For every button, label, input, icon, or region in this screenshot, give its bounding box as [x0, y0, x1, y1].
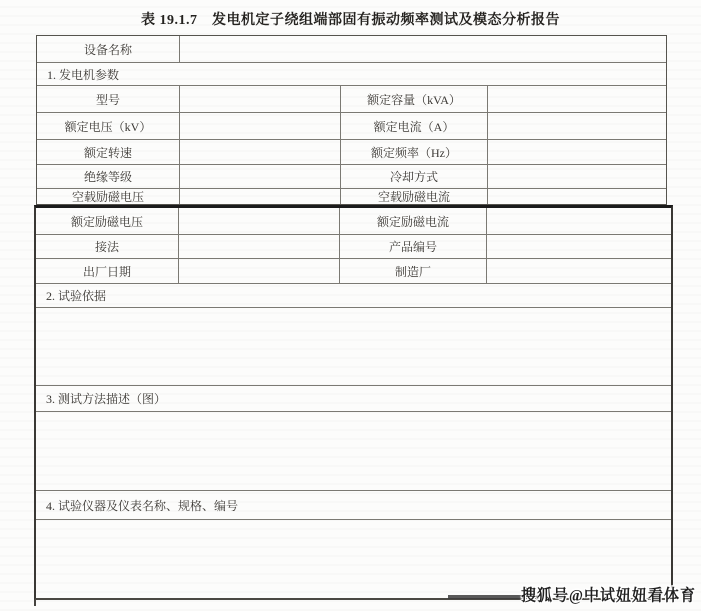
param-value-cell	[486, 259, 671, 283]
document-page: 表 19.1.7 发电机定子绕组端部固有振动频率测试及模态分析报告 设备名称 1…	[0, 0, 701, 611]
param-label: 制造厂	[339, 259, 486, 283]
table-row: 接法 产品编号	[36, 234, 671, 258]
section-heading-2: 2. 试验依据	[36, 284, 671, 307]
table-border-stub	[34, 600, 36, 606]
param-label: 额定励磁电流	[339, 208, 486, 234]
param-label: 额定容量（kVA）	[340, 86, 487, 112]
table-row: 型号 额定容量（kVA）	[37, 85, 666, 112]
param-label: 接法	[36, 235, 178, 258]
param-label: 空载励磁电流	[340, 189, 487, 204]
param-label: 冷却方式	[340, 165, 487, 188]
param-value-cell	[487, 113, 666, 139]
table-row: 绝缘等级 冷却方式	[37, 164, 666, 188]
param-label: 额定频率（Hz）	[340, 140, 487, 164]
param-label: 空载励磁电压	[37, 189, 179, 204]
table-row: 额定电压（kV） 额定电流（A）	[37, 112, 666, 139]
section-heading-3: 3. 测试方法描述（图）	[36, 386, 671, 411]
section-heading-1: 1. 发电机参数	[37, 63, 666, 85]
blank-cell	[36, 412, 671, 490]
table-row: 出厂日期 制造厂	[36, 258, 671, 283]
blank-cell	[36, 308, 671, 385]
section-row-instruments: 4. 试验仪器及仪表名称、规格、编号	[36, 490, 671, 519]
watermark: 搜狐号@中试妞妞看体育	[521, 583, 696, 605]
param-value-cell	[486, 235, 671, 258]
param-label: 额定转速	[37, 140, 179, 164]
device-name-label: 设备名称	[37, 36, 179, 62]
section-row-test-basis: 2. 试验依据	[36, 283, 671, 307]
param-value-cell	[487, 140, 666, 164]
param-value-cell	[178, 208, 339, 234]
section-heading-4: 4. 试验仪器及仪表名称、规格、编号	[36, 491, 671, 519]
report-table-lower: 额定励磁电压 额定励磁电流 接法 产品编号 出厂日期 制造厂 2. 试验依据 3…	[34, 205, 673, 600]
param-value-cell	[487, 86, 666, 112]
param-value-cell	[179, 189, 340, 204]
report-table-upper: 设备名称 1. 发电机参数 型号 额定容量（kVA） 额定电压（kV） 额定电流…	[36, 35, 667, 205]
section-row-generator-params: 1. 发电机参数	[37, 62, 666, 85]
device-name-row: 设备名称	[37, 36, 666, 62]
table-row: 额定励磁电压 额定励磁电流	[36, 208, 671, 234]
param-value-cell	[178, 259, 339, 283]
table-row: 空载励磁电压 空载励磁电流	[37, 188, 666, 204]
param-label: 型号	[37, 86, 179, 112]
param-value-cell	[179, 140, 340, 164]
param-label: 额定励磁电压	[36, 208, 178, 234]
param-label: 出厂日期	[36, 259, 178, 283]
blank-area-test-basis	[36, 307, 671, 385]
param-value-cell	[179, 113, 340, 139]
param-value-cell	[179, 165, 340, 188]
param-value-cell	[486, 208, 671, 234]
blank-area-test-method	[36, 411, 671, 490]
param-label: 产品编号	[339, 235, 486, 258]
param-value-cell	[487, 189, 666, 204]
param-label: 绝缘等级	[37, 165, 179, 188]
param-value-cell	[487, 165, 666, 188]
report-title: 表 19.1.7 发电机定子绕组端部固有振动频率测试及模态分析报告	[0, 9, 701, 29]
table-row: 额定转速 额定频率（Hz）	[37, 139, 666, 164]
param-value-cell	[179, 86, 340, 112]
device-name-value-cell	[179, 36, 666, 62]
section-row-test-method: 3. 测试方法描述（图）	[36, 385, 671, 411]
param-value-cell	[178, 235, 339, 258]
param-label: 额定电流（A）	[340, 113, 487, 139]
param-label: 额定电压（kV）	[37, 113, 179, 139]
